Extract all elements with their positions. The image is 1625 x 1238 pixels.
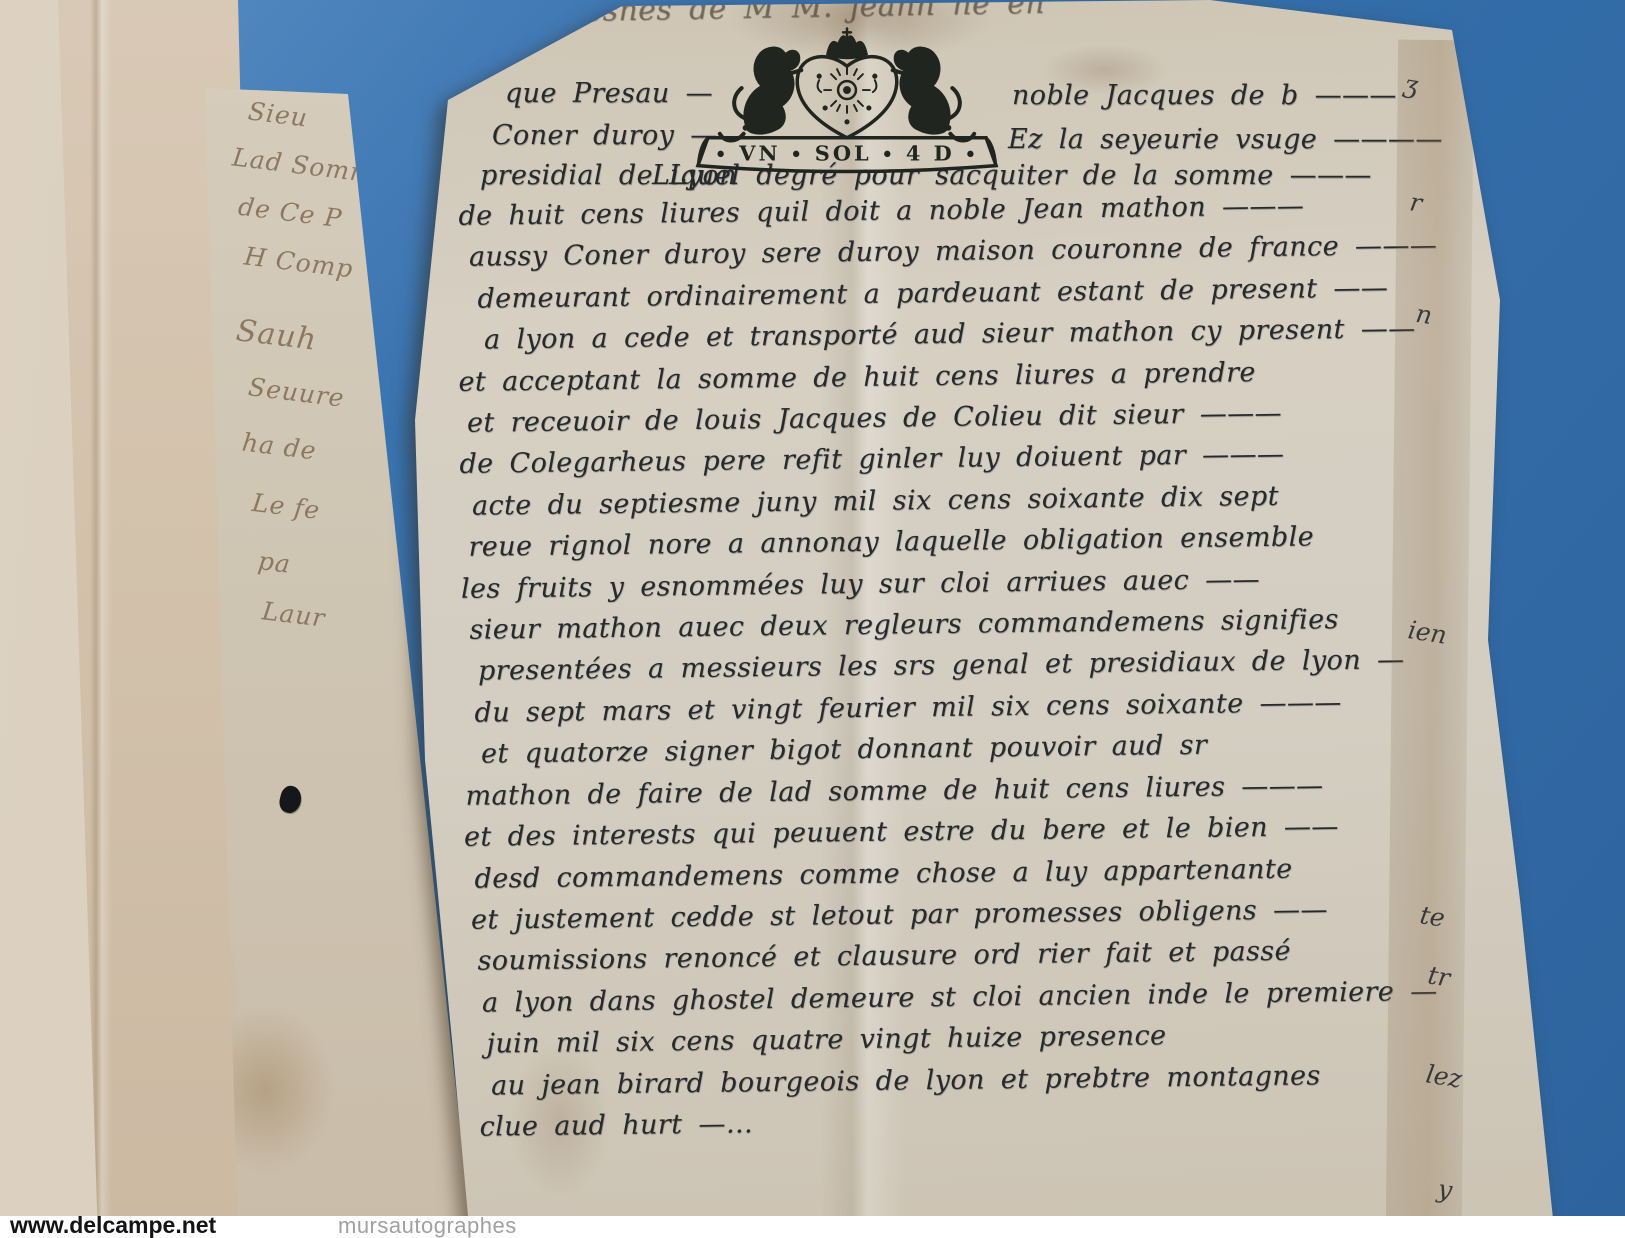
edge-glyph: tr: [1426, 960, 1452, 992]
stamp-banner-text: ∙ VN ∙ SOL ∙ 4 D ∙: [715, 141, 979, 166]
manuscript-line: Coner duroy —: [492, 120, 718, 151]
manuscript-line: que Presau —: [505, 78, 713, 109]
manuscript-body: de huit cens liures quil doit a noble Je…: [456, 184, 1418, 1148]
main-sheet-wrap: quesnes de M M. jeann ne en que Presau —…: [0, 0, 1625, 1238]
manuscript-line: Ez la seyeurie vsuge ————: [1008, 124, 1443, 155]
main-manuscript-sheet: quesnes de M M. jeann ne en que Presau —…: [0, 0, 1625, 1238]
fiscal-stamp-un-sol-4-deniers: ∙ VN ∙ SOL ∙ 4 D ∙: [688, 24, 1006, 174]
edge-glyph: te: [1418, 900, 1447, 933]
manuscript-line: noble Jacques de b ———: [1012, 80, 1397, 111]
edge-glyph: lez: [1424, 1059, 1464, 1093]
delcampe-watermark: www.delcampe.net: [10, 1212, 216, 1238]
photo-of-antique-manuscript: Sieu Lad Somme de Ce P H Comp Sauh Seuur…: [0, 0, 1625, 1238]
watermark-bar: www.delcampe.net mursautographes: [0, 1216, 1625, 1238]
edge-glyph: ien: [1406, 615, 1449, 650]
mursautographes-watermark: mursautographes: [338, 1213, 517, 1238]
